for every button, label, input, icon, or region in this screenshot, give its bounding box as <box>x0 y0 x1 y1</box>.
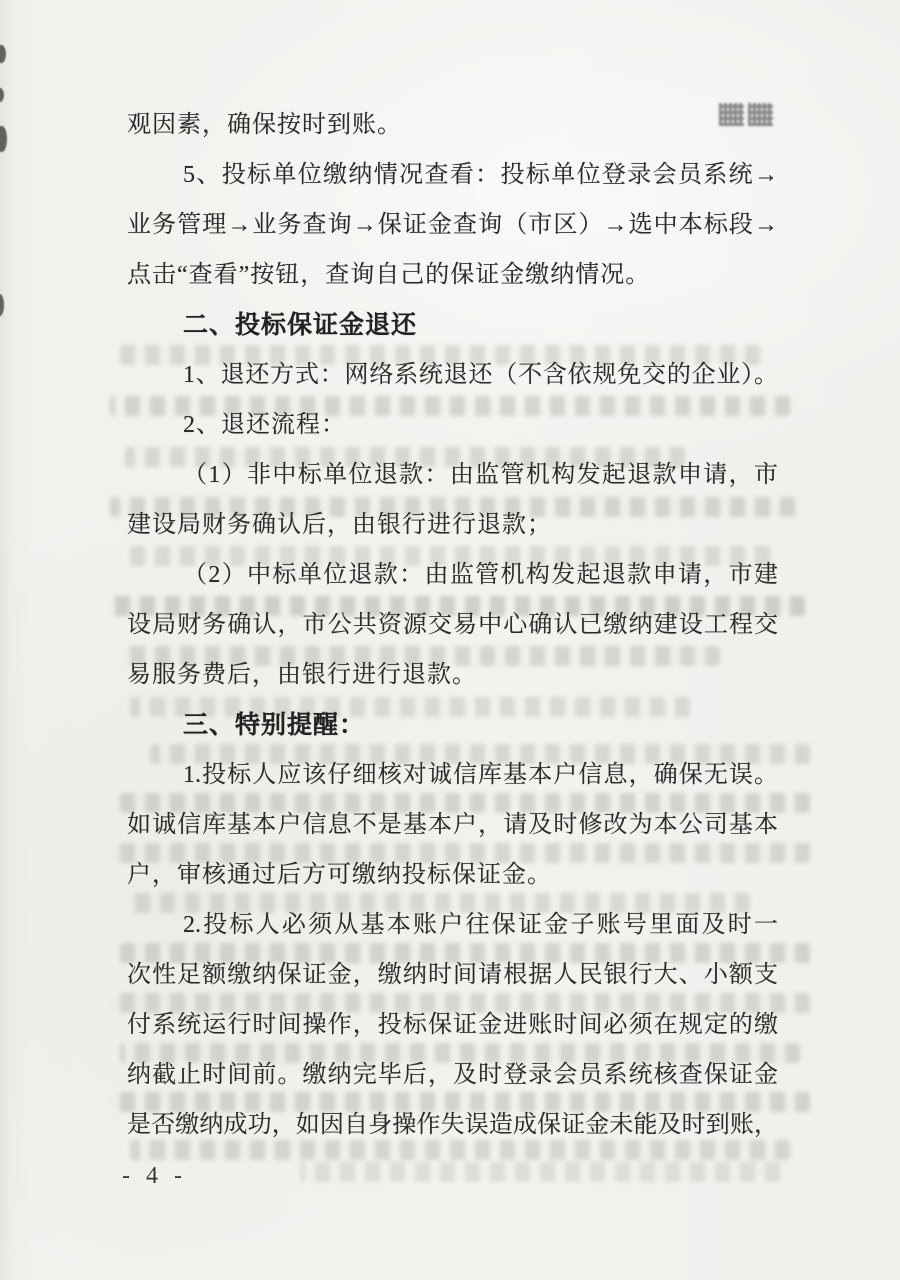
text-line: 1.投标人应该仔细核对诚信库基本户信息，确保无误。 <box>127 750 778 800</box>
text-line: 1、退还方式：网络系统退还（不含依规免交的企业）。 <box>127 350 778 400</box>
text-line: 易服务费后，由银行进行退款。 <box>127 650 778 700</box>
document-body: 观因素，确保按时到账。5、投标单位缴纳情况查看：投标单位登录会员系统→业务管理→… <box>127 100 778 1150</box>
bleed-through-line <box>300 1162 780 1182</box>
text-line: 设局财务确认，市公共资源交易中心确认已缴纳建设工程交 <box>127 600 778 650</box>
text-line: 户，审核通过后方可缴纳投标保证金。 <box>127 850 778 900</box>
text-line: 纳截止时间前。缴纳完毕后，及时登录会员系统核查保证金 <box>127 1050 778 1100</box>
text-line: （1）非中标单位退款：由监管机构发起退款申请，市 <box>127 450 778 500</box>
text-line: 点击“查看”按钮，查询自己的保证金缴纳情况。 <box>127 250 778 300</box>
text-line: 5、投标单位缴纳情况查看：投标单位登录会员系统→ <box>127 150 778 200</box>
text-line: 次性足额缴纳保证金，缴纳时间请根据人民银行大、小额支 <box>127 950 778 1000</box>
text-line: 观因素，确保按时到账。 <box>127 100 778 150</box>
text-line: 是否缴纳成功，如因自身操作失误造成保证金未能及时到账， <box>127 1100 778 1150</box>
text-line: 付系统运行时间操作，投标保证金进账时间必须在规定的缴 <box>127 1000 778 1050</box>
text-line: （2）中标单位退款：由监管机构发起退款申请，市建 <box>127 550 778 600</box>
page-number: - 4 - <box>122 1156 187 1196</box>
scanned-document-page: 观因素，确保按时到账。5、投标单位缴纳情况查看：投标单位登录会员系统→业务管理→… <box>0 0 900 1280</box>
section-heading: 三、特别提醒： <box>127 700 778 750</box>
text-line: 业务管理→业务查询→保证金查询（市区）→选中本标段→ <box>127 200 778 250</box>
section-heading: 二、投标保证金退还 <box>127 300 778 350</box>
text-line: 如诚信库基本户信息不是基本户，请及时修改为本公司基本 <box>127 800 778 850</box>
text-line: 建设局财务确认后，由银行进行退款； <box>127 500 778 550</box>
text-line: 2.投标人必须从基本账户往保证金子账号里面及时一 <box>127 900 778 950</box>
text-line: 2、退还流程： <box>127 400 778 450</box>
